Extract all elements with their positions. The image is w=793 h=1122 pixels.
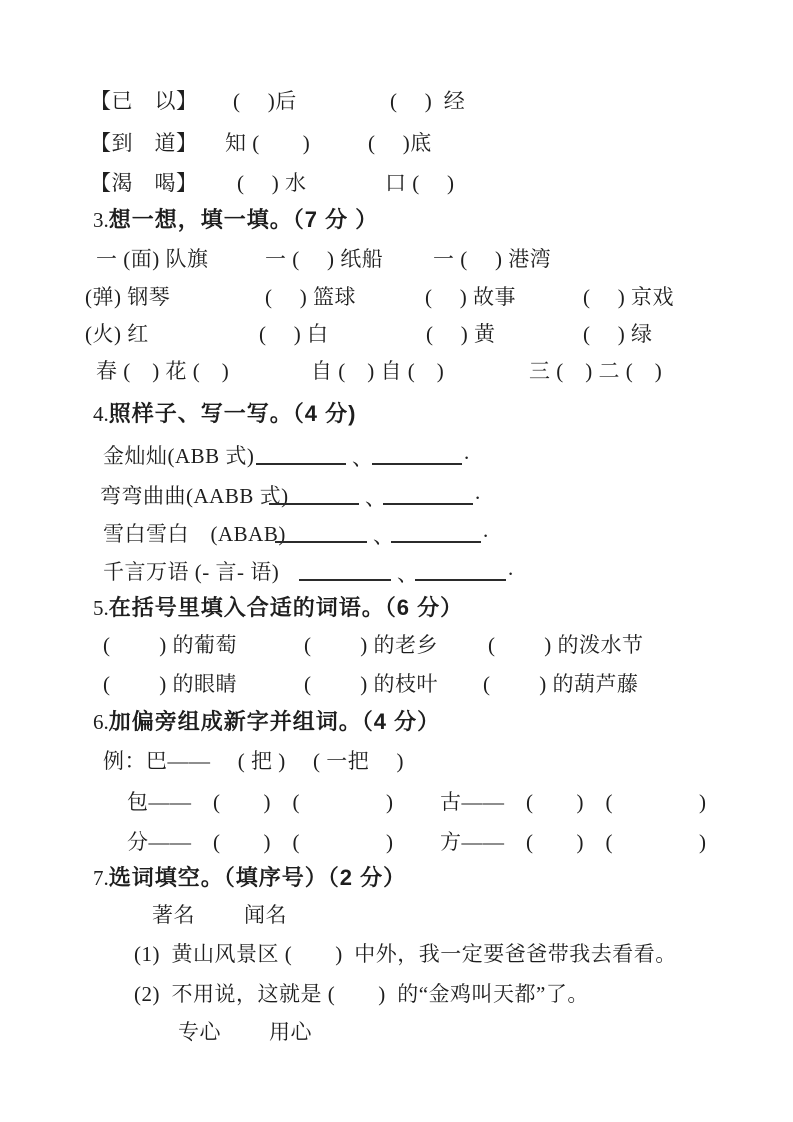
section-title-text: 加偏旁组成新字并组词。 (109, 709, 362, 734)
q7-sentence: (1) 黄山风景区 ( ) 中外，我一定要爸爸带我去看看。 (0, 938, 793, 970)
q5-row: ( ) 的葡萄 ( ) 的老乡 ( ) 的泼水节 (0, 629, 793, 661)
q3-row: 一 (面) 队旗 一 ( ) 纸船 一 ( ) 港湾 (0, 243, 793, 275)
exercise-cell: ( ) 篮球 (265, 281, 356, 311)
section-number: 7. (93, 866, 109, 890)
fill-blank-phrase: ( )底 (368, 127, 432, 157)
exercise-cell: 一 ( ) 港湾 (433, 243, 551, 273)
section-score: （4 分） (362, 709, 440, 734)
q6-row: 包—— ( ) ( ) 古—— ( ) ( ) (0, 786, 793, 818)
pattern-prompt: 金灿灿(ABB 式) (103, 440, 254, 470)
example-text: 例：巴—— ( 把 ) ( 一把 ) (103, 745, 404, 775)
exercise-cell: ( ) 白 (259, 318, 329, 348)
exercise-cell: 方—— ( ) ( ) (440, 826, 706, 856)
section-score: （6 分） (385, 595, 463, 620)
section-title-text: 照样子、写一写。 (109, 401, 293, 426)
section-score: （2 分） (328, 865, 406, 890)
choice-word: 闻名 (244, 899, 287, 929)
exercise-cell: 自 ( ) 自 ( ) (311, 355, 444, 385)
q4-item: 弯弯曲曲(AABB 式) 、 . (0, 480, 793, 512)
answer-blank (391, 518, 481, 543)
exercise-cell: ( ) 的葫芦藤 (483, 668, 639, 698)
exercise-cell: ( ) 的老乡 (304, 629, 438, 659)
exercise-cell: 一 (面) 队旗 (96, 243, 209, 273)
answer-blank (299, 556, 391, 581)
answer-blank (256, 440, 346, 465)
section-4-heading: 4.照样子、写一写。（4 分) (0, 397, 793, 429)
section-score: （7 分 ） (293, 207, 378, 232)
section-title-text: 想一想，填一填。 (109, 207, 293, 232)
exercise-cell: 一 ( ) 纸船 (265, 243, 383, 273)
exercise-cell: 古—— ( ) ( ) (440, 786, 706, 816)
section-title-text: 在括号里填入合适的词语。 (109, 595, 385, 620)
pattern-prompt: 弯弯曲曲(AABB 式) (100, 480, 289, 510)
section-number: 3. (93, 208, 109, 232)
section-title: 6.加偏旁组成新字并组词。（4 分） (93, 705, 440, 736)
section-number: 5. (93, 596, 109, 620)
section-title: 4.照样子、写一写。（4 分) (93, 397, 356, 428)
pattern-prompt: 千言万语 (- 言- 语) (103, 556, 279, 586)
word-pair-row: 【已 以】 ( )后 ( ) 经 (0, 85, 793, 117)
exercise-cell: ( ) 的枝叶 (304, 668, 438, 698)
word-pair-options: 【到 道】 (90, 127, 198, 157)
choice-word: 著名 (152, 899, 195, 929)
period: . (475, 480, 481, 505)
word-pair-options: 【已 以】 (90, 85, 198, 115)
fill-blank-phrase: ( ) 水 (237, 167, 307, 197)
period: . (464, 440, 470, 465)
exercise-cell: ( ) 的眼睛 (103, 668, 237, 698)
period: . (508, 556, 514, 581)
fill-blank-phrase: ( ) 经 (390, 85, 465, 115)
exercise-cell: ( ) 绿 (583, 318, 653, 348)
section-title: 5.在括号里填入合适的词语。（6 分） (93, 591, 463, 622)
fill-blank-phrase: 口 ( ) (385, 167, 455, 197)
section-6-heading: 6.加偏旁组成新字并组词。（4 分） (0, 705, 793, 737)
period: . (483, 518, 489, 543)
worksheet-page: 【已 以】 ( )后 ( ) 经 【到 道】 知 ( ) ( )底 【渴 喝】 … (0, 0, 793, 1122)
section-score: （4 分) (293, 401, 357, 426)
q4-item: 金灿灿(ABB 式) 、 . (0, 440, 793, 472)
section-title-text: 选词填空。（填序号） (109, 865, 328, 890)
answer-blank (275, 518, 367, 543)
answer-blank (415, 556, 506, 581)
exercise-cell: 分—— ( ) ( ) (127, 826, 393, 856)
q4-item: 雪白雪白 (ABAB) 、 . (0, 518, 793, 550)
q7-choices: 著名 闻名 (0, 899, 793, 931)
word-pair-row: 【渴 喝】 ( ) 水 口 ( ) (0, 167, 793, 199)
section-3-heading: 3.想一想，填一填。（7 分 ） (0, 203, 793, 235)
section-title: 7.选词填空。（填序号）（2 分） (93, 861, 406, 892)
q3-row: (弹) 钢琴 ( ) 篮球 ( ) 故事 ( ) 京戏 (0, 281, 793, 313)
exercise-cell: ( ) 的泼水节 (488, 629, 644, 659)
exercise-cell: ( ) 京戏 (583, 281, 674, 311)
choice-word: 用心 (269, 1016, 312, 1046)
q3-row: 春 ( ) 花 ( ) 自 ( ) 自 ( ) 三 ( ) 二 ( ) (0, 355, 793, 387)
q6-row: 分—— ( ) ( ) 方—— ( ) ( ) (0, 826, 793, 858)
section-5-heading: 5.在括号里填入合适的词语。（6 分） (0, 591, 793, 623)
section-number: 4. (93, 402, 109, 426)
answer-blank (372, 440, 462, 465)
word-pair-row: 【到 道】 知 ( ) ( )底 (0, 127, 793, 159)
word-pair-options: 【渴 喝】 (90, 167, 198, 197)
exercise-cell: (弹) 钢琴 (85, 281, 170, 311)
exercise-cell: 包—— ( ) ( ) (127, 786, 393, 816)
exercise-cell: 三 ( ) 二 ( ) (529, 355, 662, 385)
answer-blank (269, 480, 359, 505)
pattern-prompt: 雪白雪白 (ABAB) (103, 518, 286, 548)
fill-blank-phrase: ( )后 (233, 85, 297, 115)
exercise-cell: (火) 红 (85, 318, 149, 348)
answer-blank (383, 480, 473, 505)
q5-row: ( ) 的眼睛 ( ) 的枝叶 ( ) 的葫芦藤 (0, 668, 793, 700)
q4-item: 千言万语 (- 言- 语) 、 . (0, 556, 793, 588)
separator: 、 (352, 442, 373, 472)
q3-row: (火) 红 ( ) 白 ( ) 黄 ( ) 绿 (0, 318, 793, 350)
q6-example: 例：巴—— ( 把 ) ( 一把 ) (0, 745, 793, 777)
choice-word: 专心 (178, 1016, 221, 1046)
q7-choices: 专心 用心 (0, 1016, 793, 1048)
exercise-cell: ( ) 的葡萄 (103, 629, 237, 659)
fill-blank-phrase: 知 ( ) (225, 127, 310, 157)
exercise-cell: ( ) 黄 (426, 318, 496, 348)
section-7-heading: 7.选词填空。（填序号）（2 分） (0, 861, 793, 893)
sentence-text: (2) 不用说，这就是 ( ) 的“金鸡叫天都”了。 (134, 978, 589, 1008)
section-title: 3.想一想，填一填。（7 分 ） (93, 203, 378, 234)
section-number: 6. (93, 710, 109, 734)
exercise-cell: 春 ( ) 花 ( ) (96, 355, 229, 385)
sentence-text: (1) 黄山风景区 ( ) 中外，我一定要爸爸带我去看看。 (134, 938, 677, 968)
q7-sentence: (2) 不用说，这就是 ( ) 的“金鸡叫天都”了。 (0, 978, 793, 1010)
exercise-cell: ( ) 故事 (425, 281, 516, 311)
